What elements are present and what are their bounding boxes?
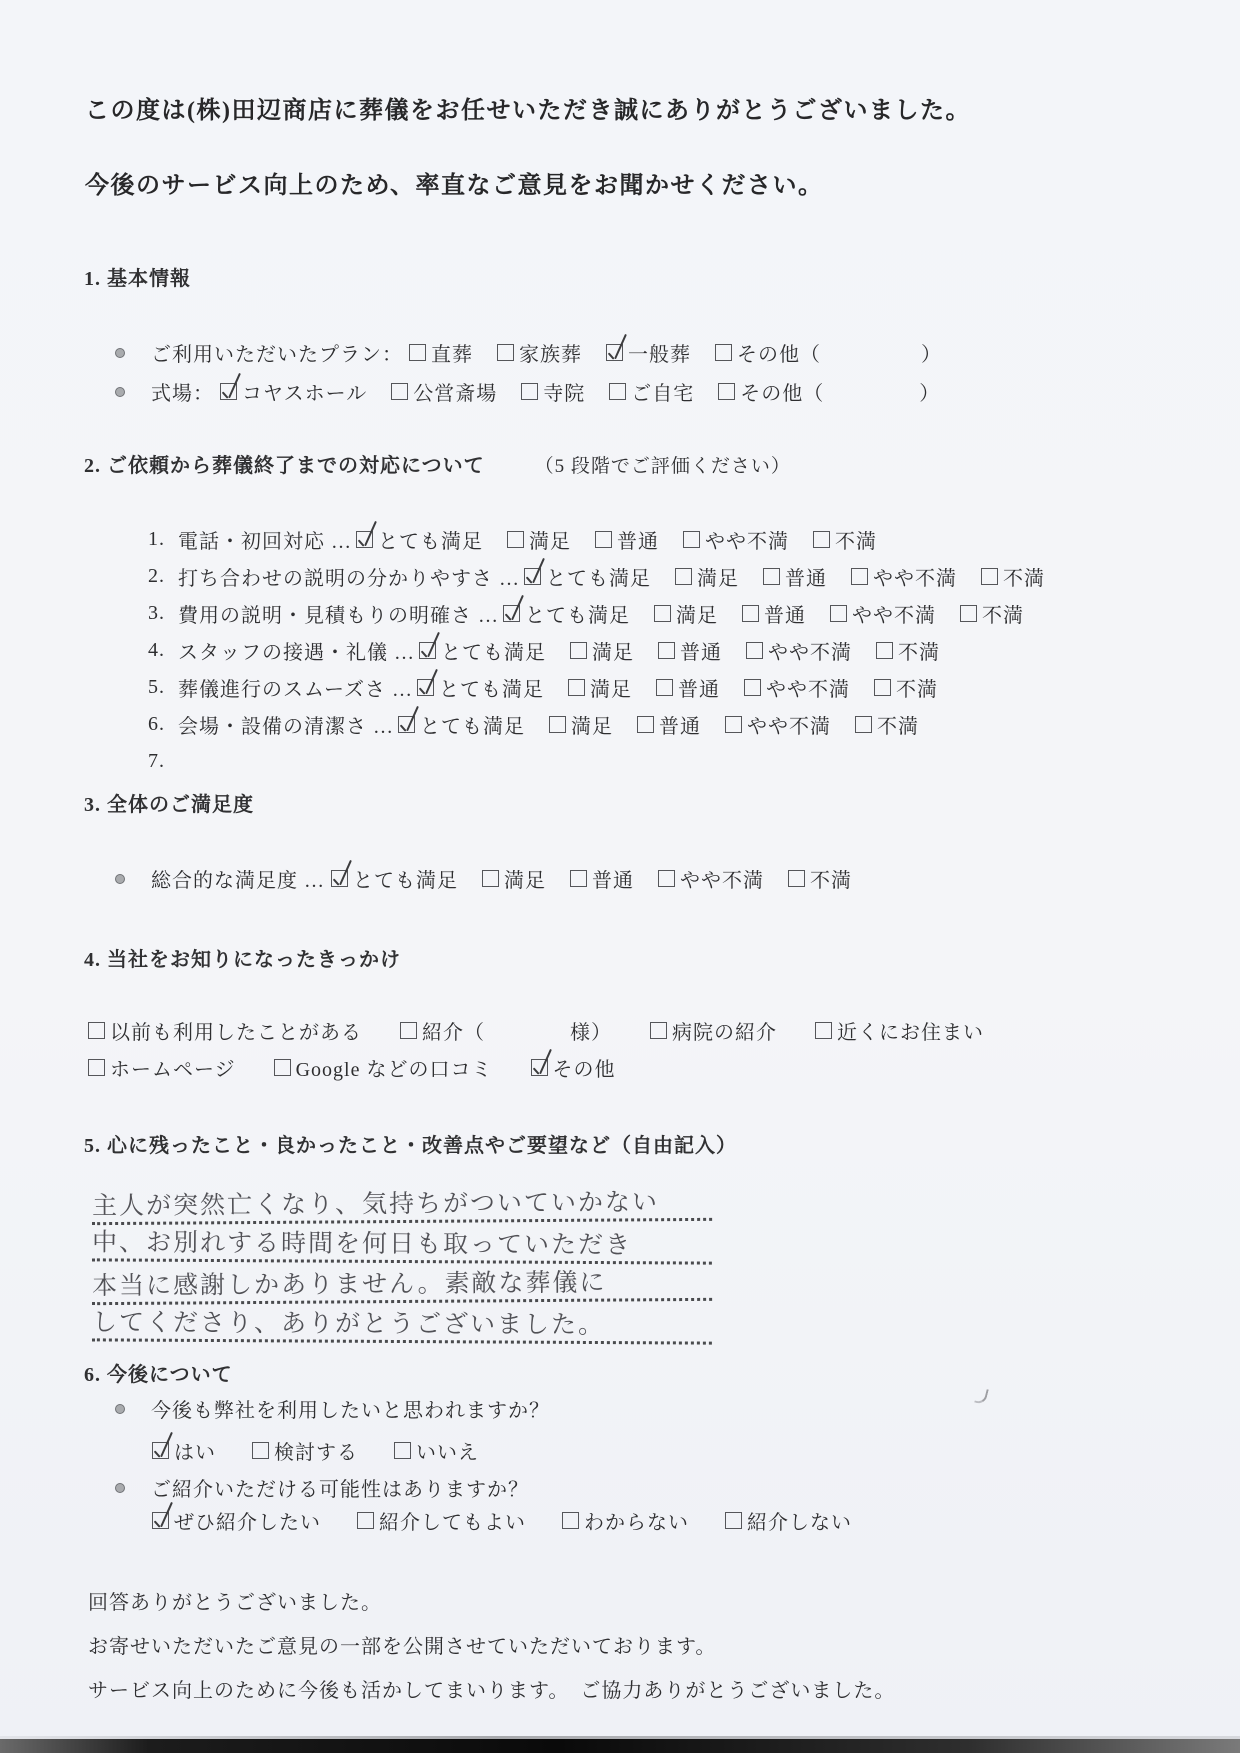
overall-label: 総合的な満足度 … — [151, 864, 325, 893]
option-label: とても満足 — [353, 864, 458, 893]
handwritten-line: 中、お別れする時間を何日も取っていただき — [92, 1221, 712, 1264]
checkbox-option[interactable]: ホームページ — [88, 1053, 236, 1082]
plan-options: 直葬家族葬一般葬その他（） — [409, 338, 942, 367]
checkbox-option[interactable]: ご自宅 — [609, 377, 694, 406]
checkbox-icon[interactable] — [637, 716, 654, 733]
checkbox-icon[interactable] — [409, 344, 426, 361]
option-suffix: 様） — [570, 1016, 612, 1045]
checkbox-icon[interactable] — [960, 605, 977, 622]
checkbox-option[interactable]: 不満 — [855, 710, 919, 739]
option-label: 近くにお住まい — [837, 1016, 984, 1045]
checkbox-icon[interactable] — [876, 642, 893, 659]
rating-row: 4.スタッフの接遇・礼儀 …とても満足満足普通やや不満不満 — [148, 639, 1045, 662]
checkbox-icon[interactable] — [746, 642, 763, 659]
checkbox-icon[interactable] — [683, 531, 700, 548]
option-label: 普通 — [617, 525, 659, 554]
option-label: わからない — [584, 1506, 689, 1535]
option-label: 家族葬 — [519, 338, 582, 367]
discovery-row-2: ホームページGoogle などの口コミその他 — [88, 1053, 616, 1082]
checkbox-icon[interactable] — [851, 568, 868, 585]
checkbox-icon[interactable] — [549, 716, 566, 733]
checkbox-option[interactable]: とても満足 — [524, 562, 651, 591]
checkbox-option[interactable]: やや不満 — [725, 710, 831, 739]
checkbox-option[interactable]: 満足 — [654, 599, 718, 628]
rating-row-number: 1. — [148, 528, 178, 551]
checkbox-option[interactable]: その他（） — [715, 338, 942, 367]
discovery-options-1: 以前も利用したことがある紹介（様）病院の紹介近くにお住まい — [88, 1016, 984, 1045]
future-q2-label: ご紹介いただける可能性はありますか？ — [151, 1473, 529, 1502]
checkbox-icon[interactable] — [609, 383, 626, 400]
checkbox-icon[interactable] — [357, 1512, 374, 1529]
rating-row: 1.電話・初回対応 …とても満足満足普通やや不満不満 — [148, 528, 1045, 551]
section-service-subtitle: （5 段階でご評価ください） — [535, 451, 791, 478]
checkbox-option[interactable]: 満足 — [675, 562, 739, 591]
option-label: 公営斎場 — [413, 377, 497, 406]
rating-row-options: とても満足満足普通やや不満不満 — [503, 599, 1024, 628]
header-line-1: この度は(株)田辺商店に葬儀をお任せいただき誠にありがとうございました。 — [85, 90, 971, 125]
rating-row-options: とても満足満足普通やや不満不満 — [398, 710, 919, 739]
checkbox-icon[interactable] — [763, 568, 780, 585]
checkbox-option[interactable]: 普通 — [595, 525, 659, 554]
checked-checkbox-icon[interactable] — [152, 1442, 169, 1459]
checkbox-option[interactable]: とても満足 — [419, 636, 546, 665]
venue-label: 式場： — [151, 377, 214, 406]
checkbox-option[interactable]: 満足 — [570, 636, 634, 665]
option-label: ご自宅 — [631, 377, 694, 406]
option-label: 普通 — [659, 710, 701, 739]
future-q2-options-row: ぜひ紹介したい紹介してもよいわからない紹介しない — [152, 1506, 852, 1535]
bullet-icon — [115, 874, 125, 884]
checkbox-option[interactable]: Google などの口コミ — [274, 1053, 493, 1082]
option-label: 不満 — [982, 599, 1024, 628]
rating-row-number: 7. — [148, 750, 178, 773]
checkbox-icon[interactable] — [274, 1059, 291, 1076]
option-label: ホームページ — [110, 1053, 236, 1082]
checkbox-option[interactable]: 満足 — [568, 673, 632, 702]
checkbox-icon[interactable] — [88, 1022, 105, 1039]
section-comments-title: 5. 心に残ったこと・良かったこと・改善点やご要望など（自由記入） — [84, 1129, 737, 1158]
checkbox-option[interactable]: 病院の紹介 — [650, 1016, 777, 1045]
option-label: 不満 — [1003, 562, 1045, 591]
future-q1-row: 今後も弊社を利用したいと思われますか？ — [115, 1394, 556, 1423]
checkbox-icon[interactable] — [570, 642, 587, 659]
checkbox-option[interactable]: 満足 — [549, 710, 613, 739]
checkbox-option[interactable]: 以前も利用したことがある — [88, 1016, 362, 1045]
option-label: やや不満 — [852, 599, 936, 628]
venue-row: 式場： コヤスホール公営斎場寺院ご自宅その他（） — [115, 377, 940, 406]
future-q2-options: ぜひ紹介したい紹介してもよいわからない紹介しない — [152, 1506, 852, 1535]
checkbox-icon[interactable] — [718, 383, 735, 400]
checkbox-icon[interactable] — [654, 605, 671, 622]
discovery-options-2: ホームページGoogle などの口コミその他 — [88, 1053, 616, 1082]
option-label: とても満足 — [441, 636, 546, 665]
discovery-row-1: 以前も利用したことがある紹介（様）病院の紹介近くにお住まい — [88, 1016, 984, 1045]
option-label: 不満 — [896, 673, 938, 702]
plan-label: ご利用いただいたプラン： — [151, 338, 403, 367]
option-label: 普通 — [764, 599, 806, 628]
checkbox-option[interactable]: とても満足 — [398, 710, 525, 739]
checked-checkbox-icon[interactable] — [503, 605, 520, 622]
checkbox-icon[interactable] — [394, 1442, 411, 1459]
checkbox-icon[interactable] — [570, 870, 587, 887]
checkbox-option[interactable]: やや不満 — [683, 525, 789, 554]
option-label: ぜひ紹介したい — [174, 1506, 321, 1535]
checkbox-option[interactable]: 紹介してもよい — [357, 1506, 526, 1535]
checkbox-option[interactable]: とても満足 — [356, 525, 483, 554]
checked-checkbox-icon[interactable] — [356, 531, 373, 548]
checkbox-icon[interactable] — [813, 531, 830, 548]
option-label: とても満足 — [439, 673, 544, 702]
checkbox-option[interactable]: やや不満 — [744, 673, 850, 702]
section-future-title: 6. 今後について — [84, 1358, 233, 1387]
checkbox-option[interactable]: とても満足 — [503, 599, 630, 628]
option-label: とても満足 — [525, 599, 630, 628]
future-q1-label: 今後も弊社を利用したいと思われますか？ — [151, 1394, 550, 1423]
free-comment-area[interactable]: 主人が突然亡くなり、気持ちがついていかない 中、お別れする時間を何日も取っていた… — [92, 1183, 712, 1343]
checkbox-option[interactable]: その他（） — [718, 377, 940, 406]
option-label: 紹介してもよい — [379, 1506, 526, 1535]
rating-row-number: 6. — [148, 713, 178, 736]
checked-checkbox-icon[interactable] — [531, 1059, 548, 1076]
option-label: やや不満 — [747, 710, 831, 739]
checked-checkbox-icon[interactable] — [419, 642, 436, 659]
checkbox-option[interactable]: 普通 — [742, 599, 806, 628]
option-label: その他（ — [740, 377, 824, 406]
option-suffix: ） — [921, 338, 942, 367]
handwritten-line: 本当に感謝しかありません。素敵な葬儀に — [92, 1261, 712, 1305]
footer-line-1: 回答ありがとうございました。 — [88, 1586, 895, 1615]
checkbox-option[interactable]: わからない — [562, 1506, 689, 1535]
rating-row-label: 費用の説明・見積もりの明確さ … — [178, 599, 499, 628]
option-label: 直葬 — [431, 338, 473, 367]
checkbox-icon[interactable] — [88, 1059, 105, 1076]
checkbox-icon[interactable] — [252, 1442, 269, 1459]
checkbox-option[interactable]: 不満 — [981, 562, 1045, 591]
checkbox-option[interactable]: その他 — [531, 1053, 616, 1082]
section-overall-title: 3. 全体のご満足度 — [84, 788, 254, 817]
checkbox-icon[interactable] — [981, 568, 998, 585]
option-label: とても満足 — [378, 525, 483, 554]
checkbox-icon[interactable] — [595, 531, 612, 548]
venue-options: コヤスホール公営斎場寺院ご自宅その他（） — [220, 377, 940, 406]
checkbox-icon[interactable] — [568, 679, 585, 696]
checkbox-icon[interactable] — [562, 1512, 579, 1529]
checkbox-icon[interactable] — [725, 1512, 742, 1529]
option-label: Google などの口コミ — [296, 1053, 493, 1082]
checkbox-icon[interactable] — [874, 679, 891, 696]
checkbox-option[interactable]: 普通 — [656, 673, 720, 702]
future-q1-options: はい検討するいいえ — [152, 1436, 479, 1465]
option-label: 以前も利用したことがある — [110, 1016, 362, 1045]
rating-row: 5.葬儀進行のスムーズさ …とても満足満足普通やや不満不満 — [148, 676, 1045, 699]
checked-checkbox-icon[interactable] — [220, 383, 237, 400]
scanner-edge-shadow — [0, 1739, 1240, 1753]
future-q2-row: ご紹介いただける可能性はありますか？ — [115, 1473, 535, 1502]
option-label: 満足 — [590, 673, 632, 702]
option-label: とても満足 — [546, 562, 651, 591]
service-rating-list: 1.電話・初回対応 …とても満足満足普通やや不満不満2.打ち合わせの説明の分かり… — [148, 528, 1045, 787]
checkbox-option[interactable]: 不満 — [788, 864, 852, 893]
rating-row-options: とても満足満足普通やや不満不満 — [419, 636, 940, 665]
bullet-icon — [115, 387, 125, 397]
checkbox-option[interactable]: とても満足 — [417, 673, 544, 702]
checkbox-option[interactable]: ぜひ紹介したい — [152, 1506, 321, 1535]
footer-line-2: お寄せいただいたご意見の一部を公開させていただいております。 — [88, 1630, 895, 1659]
checkbox-icon[interactable] — [507, 531, 524, 548]
checkbox-option[interactable]: 普通 — [763, 562, 827, 591]
rating-row-number: 3. — [148, 602, 178, 625]
option-label: やや不満 — [766, 673, 850, 702]
option-label: 満足 — [676, 599, 718, 628]
checkbox-icon[interactable] — [744, 679, 761, 696]
option-label: 一般葬 — [628, 338, 691, 367]
option-label: いいえ — [416, 1436, 479, 1465]
scanned-survey-page: この度は(株)田辺商店に葬儀をお任せいただき誠にありがとうございました。 今後の… — [0, 0, 1240, 1753]
option-label: 不満 — [835, 525, 877, 554]
checkbox-option[interactable]: やや不満 — [851, 562, 957, 591]
checked-checkbox-icon[interactable] — [398, 716, 415, 733]
checkbox-option[interactable]: とても満足 — [331, 864, 458, 893]
header-line-2: 今後のサービス向上のため、率直なご意見をお聞かせください。 — [85, 165, 824, 200]
checked-checkbox-icon[interactable] — [606, 344, 623, 361]
checkbox-option[interactable]: 公営斎場 — [391, 377, 497, 406]
option-label: 不満 — [877, 710, 919, 739]
section-basic-title: 1. 基本情報 — [84, 262, 191, 291]
checkbox-icon[interactable] — [830, 605, 847, 622]
rating-row: 2.打ち合わせの説明の分かりやすさ …とても満足満足普通やや不満不満 — [148, 565, 1045, 588]
rating-row-number: 2. — [148, 565, 178, 588]
checkbox-icon[interactable] — [675, 568, 692, 585]
checkbox-icon[interactable] — [815, 1022, 832, 1039]
checkbox-icon[interactable] — [658, 642, 675, 659]
rating-row-options: とても満足満足普通やや不満不満 — [356, 525, 877, 554]
checkbox-option[interactable]: 不満 — [874, 673, 938, 702]
checkbox-option[interactable]: やや不満 — [830, 599, 936, 628]
option-label: 紹介（ — [422, 1016, 485, 1045]
option-label: やや不満 — [680, 864, 764, 893]
checkbox-icon[interactable] — [715, 344, 732, 361]
checkbox-option[interactable]: コヤスホール — [220, 377, 367, 406]
bullet-icon — [115, 1404, 125, 1414]
handwritten-line: してくださり、ありがとうございました。 — [92, 1301, 712, 1344]
checkbox-option[interactable]: 近くにお住まい — [815, 1016, 984, 1045]
option-label: 満足 — [504, 864, 546, 893]
option-label: その他 — [553, 1053, 616, 1082]
option-label: やや不満 — [705, 525, 789, 554]
checkbox-option[interactable]: 普通 — [637, 710, 701, 739]
bullet-icon — [115, 348, 125, 358]
checkbox-option[interactable]: 家族葬 — [497, 338, 582, 367]
option-label: 満足 — [529, 525, 571, 554]
plan-row: ご利用いただいたプラン： 直葬家族葬一般葬その他（） — [115, 338, 942, 367]
option-label: 普通 — [592, 864, 634, 893]
checkbox-option[interactable]: 満足 — [482, 864, 546, 893]
checkbox-icon[interactable] — [650, 1022, 667, 1039]
section-discovery-title: 4. 当社をお知りになったきっかけ — [84, 943, 401, 972]
checkbox-option[interactable]: 普通 — [570, 864, 634, 893]
checkbox-option[interactable]: 不満 — [813, 525, 877, 554]
checkbox-option[interactable]: 検討する — [252, 1436, 358, 1465]
option-label: 不満 — [898, 636, 940, 665]
rating-row-number: 4. — [148, 639, 178, 662]
checked-checkbox-icon[interactable] — [524, 568, 541, 585]
checkbox-option[interactable]: 不満 — [960, 599, 1024, 628]
checkbox-icon[interactable] — [855, 716, 872, 733]
checkbox-icon[interactable] — [497, 344, 514, 361]
option-label: 病院の紹介 — [672, 1016, 777, 1045]
option-label: やや不満 — [873, 562, 957, 591]
rating-row-label: スタッフの接遇・礼儀 … — [178, 636, 415, 665]
option-label: 満足 — [592, 636, 634, 665]
option-suffix: ） — [919, 377, 940, 406]
rating-row: 7. — [148, 750, 1045, 773]
rating-row-label: 打ち合わせの説明の分かりやすさ … — [178, 562, 520, 591]
option-label: 検討する — [274, 1436, 358, 1465]
checkbox-icon[interactable] — [725, 716, 742, 733]
checkbox-icon[interactable] — [788, 870, 805, 887]
option-label: 満足 — [697, 562, 739, 591]
checkbox-icon[interactable] — [391, 383, 408, 400]
option-label: 不満 — [810, 864, 852, 893]
checkbox-option[interactable]: 寺院 — [521, 377, 585, 406]
checkbox-option[interactable]: 紹介（様） — [400, 1016, 612, 1045]
footer: 回答ありがとうございました。 お寄せいただいたご意見の一部を公開させていただいて… — [88, 1586, 895, 1718]
rating-row: 3.費用の説明・見積もりの明確さ …とても満足満足普通やや不満不満 — [148, 602, 1045, 625]
checkbox-icon[interactable] — [656, 679, 673, 696]
checked-checkbox-icon[interactable] — [417, 679, 434, 696]
option-label: やや不満 — [768, 636, 852, 665]
rating-row: 6.会場・設備の清潔さ …とても満足満足普通やや不満不満 — [148, 713, 1045, 736]
future-q1-options-row: はい検討するいいえ — [152, 1436, 479, 1465]
checkbox-option[interactable]: 普通 — [658, 636, 722, 665]
rating-row-label: 葬儀進行のスムーズさ … — [178, 673, 413, 702]
checkbox-icon[interactable] — [521, 383, 538, 400]
option-label: 紹介しない — [747, 1506, 852, 1535]
checked-checkbox-icon[interactable] — [331, 870, 348, 887]
rating-row-number: 5. — [148, 676, 178, 699]
option-label: とても満足 — [420, 710, 525, 739]
handwritten-line: 主人が突然亡くなり、気持ちがついていかない — [92, 1181, 712, 1225]
option-label: 寺院 — [543, 377, 585, 406]
checkbox-option[interactable]: やや不満 — [658, 864, 764, 893]
bullet-icon — [115, 1483, 125, 1493]
overall-rating-row: 総合的な満足度 … とても満足満足普通やや不満不満 — [115, 864, 852, 893]
option-label: 満足 — [571, 710, 613, 739]
checked-checkbox-icon[interactable] — [152, 1512, 169, 1529]
section-service-title: 2. ご依頼から葬儀終了までの対応について — [84, 449, 485, 478]
checkbox-option[interactable]: やや不満 — [746, 636, 852, 665]
checkbox-option[interactable]: はい — [152, 1436, 216, 1465]
section-service-header: 2. ご依頼から葬儀終了までの対応について （5 段階でご評価ください） — [84, 449, 791, 478]
option-label: はい — [174, 1436, 216, 1465]
overall-options: とても満足満足普通やや不満不満 — [331, 864, 852, 893]
rating-row-label: 電話・初回対応 … — [178, 525, 352, 554]
option-label: 普通 — [678, 673, 720, 702]
footer-line-3: サービス向上のために今後も活かしてまいります。 ご協力ありがとうございました。 — [88, 1674, 895, 1703]
checkbox-option[interactable]: 紹介しない — [725, 1506, 852, 1535]
checkbox-option[interactable]: 直葬 — [409, 338, 473, 367]
option-label: 普通 — [680, 636, 722, 665]
option-label: その他（ — [737, 338, 821, 367]
checkbox-option[interactable]: 不満 — [876, 636, 940, 665]
option-label: 普通 — [785, 562, 827, 591]
checkbox-icon[interactable] — [482, 870, 499, 887]
scan-smudge-artifact — [974, 1387, 989, 1405]
checkbox-option[interactable]: いいえ — [394, 1436, 479, 1465]
rating-row-options: とても満足満足普通やや不満不満 — [524, 562, 1045, 591]
checkbox-icon[interactable] — [742, 605, 759, 622]
checkbox-option[interactable]: 一般葬 — [606, 338, 691, 367]
checkbox-option[interactable]: 満足 — [507, 525, 571, 554]
checkbox-icon[interactable] — [400, 1022, 417, 1039]
rating-row-options: とても満足満足普通やや不満不満 — [417, 673, 938, 702]
checkbox-icon[interactable] — [658, 870, 675, 887]
rating-row-label: 会場・設備の清潔さ … — [178, 710, 394, 739]
option-label: コヤスホール — [242, 377, 367, 406]
